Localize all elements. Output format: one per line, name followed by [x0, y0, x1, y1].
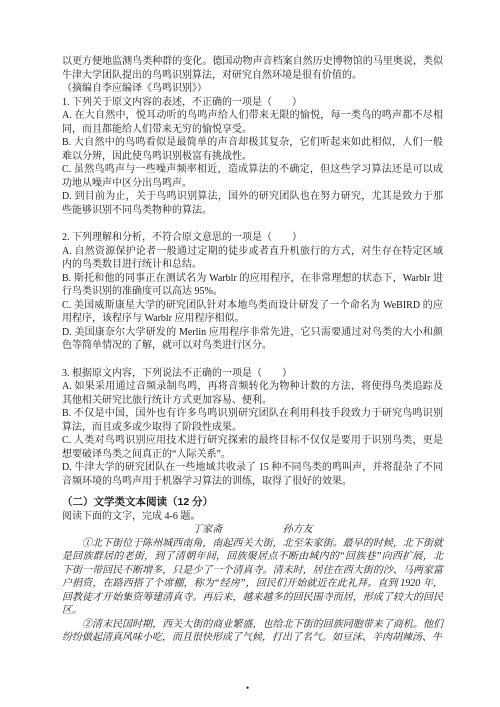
question-3: 3. 根据原文内容，下列说法不正确的一项是（ ） A. 如果采用通过音频录制鸟鸣…	[62, 367, 443, 489]
page-content: 以更方便地监测鸟类种群的变化。德国动物声音档案自然历史博物馆的马里奥说，类似牛津…	[62, 55, 443, 645]
source-attribution: （摘编自李应编译《鸟鸣识别》）	[62, 82, 443, 96]
literary-reading-section: （二）文学类文本阅读（12 分） 阅读下面的文字，完成 4-6 题。 丁家斋 孙…	[62, 496, 443, 645]
question-1-option-d: D. 到目前为止，关于鸟鸣识别算法，国外的研究团队也在努力研究，尤其是致力于那些…	[62, 190, 443, 217]
question-2: 2. 下列理解和分析，不符合原文意思的一项是（ ） A. 自然资源保护论者一般通…	[62, 231, 443, 353]
page-footer-dot: •	[246, 684, 249, 693]
question-3-stem: 3. 根据原文内容，下列说法不正确的一项是（ ）	[62, 367, 443, 381]
question-1-option-b: B. 大自然中的鸟鸣看似是最简单的声音却极其复杂，它们听起来如此相似，人们一般难…	[62, 136, 443, 163]
section-heading: （二）文学类文本阅读（12 分）	[62, 496, 443, 510]
question-2-option-a: A. 自然资源保护论者一般通过定期的徒步或者直升机旅行的方式，对生存在特定区域内…	[62, 245, 443, 272]
literary-paragraph-1: ①北下街位于陈州城西南角，南起西关大街，北至朱家街。最早的时候，北下街就是回族群…	[62, 537, 443, 618]
section-instruction: 阅读下面的文字，完成 4-6 题。	[62, 510, 443, 524]
question-3-option-b: B. 不仅是中国，国外也有许多鸟鸣识别研究团队在利用科技手段致力于研究鸟鸣识别算…	[62, 407, 443, 434]
question-2-option-b: B. 斯托和他的同事正在测试名为 Warblr 的应用程序，在非常理想的状态下，…	[62, 272, 443, 299]
question-3-option-c: C. 人类对鸟鸣识别应用技术进行研究探索的最终目标不仅仅是要用于识别鸟类，更是想…	[62, 434, 443, 461]
literary-author: 孙方友	[283, 524, 313, 535]
question-2-stem: 2. 下列理解和分析，不符合原文意思的一项是（ ）	[62, 231, 443, 245]
question-2-option-d: D. 美国康奈尔大学研发的 Merlin 应用程序非常先进，它只需要通过对鸟类的…	[62, 326, 443, 353]
literary-paragraph-2: ②清末民国时期，西关大街的商业繁盛，也给北下街的回族同胞带来了商机。他们纷纷做起…	[62, 618, 443, 645]
intro-paragraph: 以更方便地监测鸟类种群的变化。德国动物声音档案自然历史博物馆的马里奥说，类似牛津…	[62, 55, 443, 82]
question-3-option-a: A. 如果采用通过音频录制鸟鸣，再将音频转化为物种计数的方法，将使得鸟类追踪及其…	[62, 380, 443, 407]
literary-title: 丁家斋	[192, 524, 222, 535]
question-1-option-c: C. 虽然鸟鸣声与一些噪声频率相近，造成算法的不确定，但这些学习算法还是可以成功…	[62, 163, 443, 190]
question-2-option-c: C. 美国威斯康星大学的研究团队针对本地鸟类而设计研发了一个命名为 WeBIRD…	[62, 299, 443, 326]
question-1: 1. 下列关于原文内容的表述，不正确的一项是（ ） A. 在大自然中，悦耳动听的…	[62, 96, 443, 218]
question-3-option-d: D. 牛津大学的研究团队在一些地域共收录了 15 种不同鸟类的鸣叫声，并将混杂了…	[62, 461, 443, 488]
literary-title-line: 丁家斋 孙方友	[62, 523, 443, 537]
exam-page: 以更方便地监测鸟类种群的变化。德国动物声音档案自然历史博物馆的马里奥说，类似牛津…	[0, 0, 500, 707]
question-1-stem: 1. 下列关于原文内容的表述，不正确的一项是（ ）	[62, 96, 443, 110]
question-1-option-a: A. 在大自然中，悦耳动听的鸟鸣声给人们带来无限的愉悦，每一类鸟的鸣声都不尽相同…	[62, 109, 443, 136]
